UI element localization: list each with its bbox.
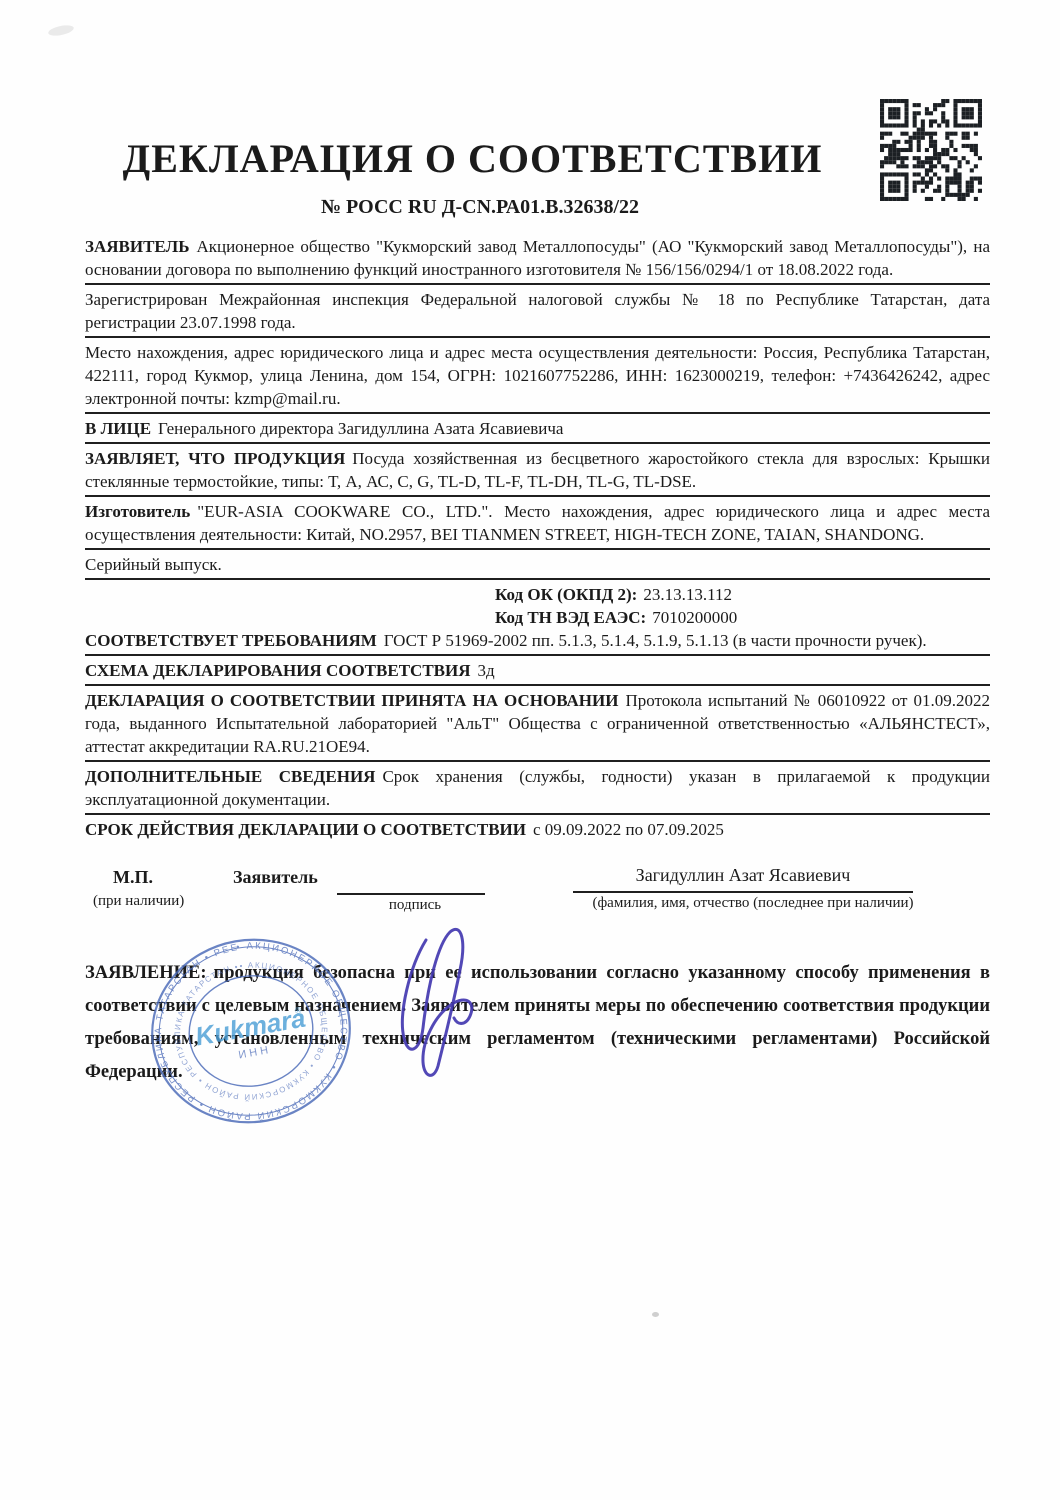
section-label: ЗАЯВИТЕЛЬ [85, 237, 189, 256]
declaration-document: ДЕКЛАРАЦИЯ О СООТВЕТСТВИИ № РОСС RU Д-CN… [0, 0, 1060, 1500]
document-header: ДЕКЛАРАЦИЯ О СООТВЕТСТВИИ № РОСС RU Д-CN… [85, 0, 990, 232]
section-label: ДОПОЛНИТЕЛЬНЫЕ СВЕДЕНИЯ [85, 767, 375, 786]
section-product: ЗАЯВЛЯЕТ, ЧТО ПРОДУКЦИЯПосуда хозяйствен… [85, 444, 990, 497]
stamp-inn-text: ИНН [238, 1044, 272, 1062]
handwritten-signature [348, 922, 508, 1082]
section-text: "EUR-ASIA COOKWARE CO., LTD.". Место нах… [85, 502, 990, 544]
signatory-name: Загидуллин Азат Ясавиевич [573, 865, 913, 886]
signature-caption: подпись [355, 897, 475, 914]
declaration-sections: ЗАЯВИТЕЛЬАкционерное общество "Кукморски… [85, 232, 990, 843]
section-label: ДЕКЛАРАЦИЯ О СООТВЕТСТВИИ ПРИНЯТА НА ОСН… [85, 691, 618, 710]
section-label: ЗАЯВЛЯЕТ, ЧТО ПРОДУКЦИЯ [85, 449, 345, 468]
section-adopted-on-basis: ДЕКЛАРАЦИЯ О СООТВЕТСТВИИ ПРИНЯТА НА ОСН… [85, 686, 990, 762]
product-codes: Код ОК (ОКПД 2):23.13.13.112 Код ТН ВЭД … [85, 583, 990, 629]
code-tnved-line: Код ТН ВЭД ЕАЭС:7010200000 [495, 606, 990, 629]
conformity-requirements: СООТВЕТСТВУЕТ ТРЕБОВАНИЯМГОСТ Р 51969-20… [85, 629, 990, 652]
code-tnved-label: Код ТН ВЭД ЕАЭС: [495, 608, 646, 627]
section-label: СХЕМА ДЕКЛАРИРОВАНИЯ СООТВЕТСТВИЯ [85, 661, 471, 680]
section-text: с 09.09.2022 по 07.09.2025 [533, 820, 724, 839]
code-okpd-line: Код ОК (ОКПД 2):23.13.13.112 [495, 583, 990, 606]
signature-line [337, 893, 485, 895]
page-title: ДЕКЛАРАЦИЯ О СООТВЕТСТВИИ [85, 135, 860, 182]
stamp-place-note: (при наличии) [93, 893, 184, 910]
section-declaration-scheme: СХЕМА ДЕКЛАРИРОВАНИЯ СООТВЕТСТВИЯ3д [85, 656, 990, 686]
section-additional-info: ДОПОЛНИТЕЛЬНЫЕ СВЕДЕНИЯСрок хранения (сл… [85, 762, 990, 815]
section-text: Серийный выпуск. [85, 555, 222, 574]
section-text: Место нахождения, адрес юридического лиц… [85, 343, 990, 408]
section-serial-production: Серийный выпуск. [85, 550, 990, 580]
section-text: Генерального директора Загидуллина Азата… [158, 419, 563, 438]
qr-code-icon [880, 99, 982, 201]
scan-dot [652, 1312, 659, 1317]
signature-block: М.П. (при наличии) Заявитель подпись Заг… [85, 859, 990, 931]
section-text: Акционерное общество "Кукморский завод М… [85, 237, 990, 279]
section-label: В ЛИЦЕ [85, 419, 151, 438]
section-in-person-of: В ЛИЦЕГенерального директора Загидуллина… [85, 414, 990, 444]
section-validity-period: СРОК ДЕЙСТВИЯ ДЕКЛАРАЦИИ О СООТВЕТСТВИИс… [85, 815, 990, 843]
name-line [573, 891, 913, 893]
section-applicant: ЗАЯВИТЕЛЬАкционерное общество "Кукморски… [85, 232, 990, 285]
section-manufacturer: Изготовитель"EUR-ASIA COOKWARE CO., LTD.… [85, 497, 990, 550]
applicant-label: Заявитель [233, 867, 318, 888]
stamp-logo-text: Kukmara [193, 1003, 308, 1052]
section-address: Место нахождения, адрес юридического лиц… [85, 338, 990, 414]
name-caption: (фамилия, имя, отчество (последнее при н… [563, 895, 943, 912]
code-okpd-value: 23.13.13.112 [643, 585, 732, 604]
section-text: Зарегистрирован Межрайонная инспекция Фе… [85, 290, 990, 332]
section-codes-and-conformity: Код ОК (ОКПД 2):23.13.13.112 Код ТН ВЭД … [85, 580, 990, 656]
section-registration: Зарегистрирован Межрайонная инспекция Фе… [85, 285, 990, 338]
section-label: Изготовитель [85, 502, 190, 521]
section-text: 3д [478, 661, 495, 680]
code-okpd-label: Код ОК (ОКПД 2): [495, 585, 637, 604]
stamp-place-label: М.П. [113, 867, 153, 888]
declaration-number: № РОСС RU Д-CN.РА01.В.32638/22 [85, 196, 875, 219]
code-tnved-value: 7010200000 [652, 608, 737, 627]
company-stamp: • АКЦИОНЕРНОЕ ОБЩЕСТВО • КУКМОРСКИЙ РАЙО… [127, 915, 374, 1148]
conformity-label: СООТВЕТСТВУЕТ ТРЕБОВАНИЯМ [85, 631, 377, 650]
conformity-text: ГОСТ Р 51969-2002 пп. 5.1.3, 5.1.4, 5.1.… [384, 631, 927, 650]
section-label: СРОК ДЕЙСТВИЯ ДЕКЛАРАЦИИ О СООТВЕТСТВИИ [85, 820, 526, 839]
scan-smudge [47, 23, 74, 37]
